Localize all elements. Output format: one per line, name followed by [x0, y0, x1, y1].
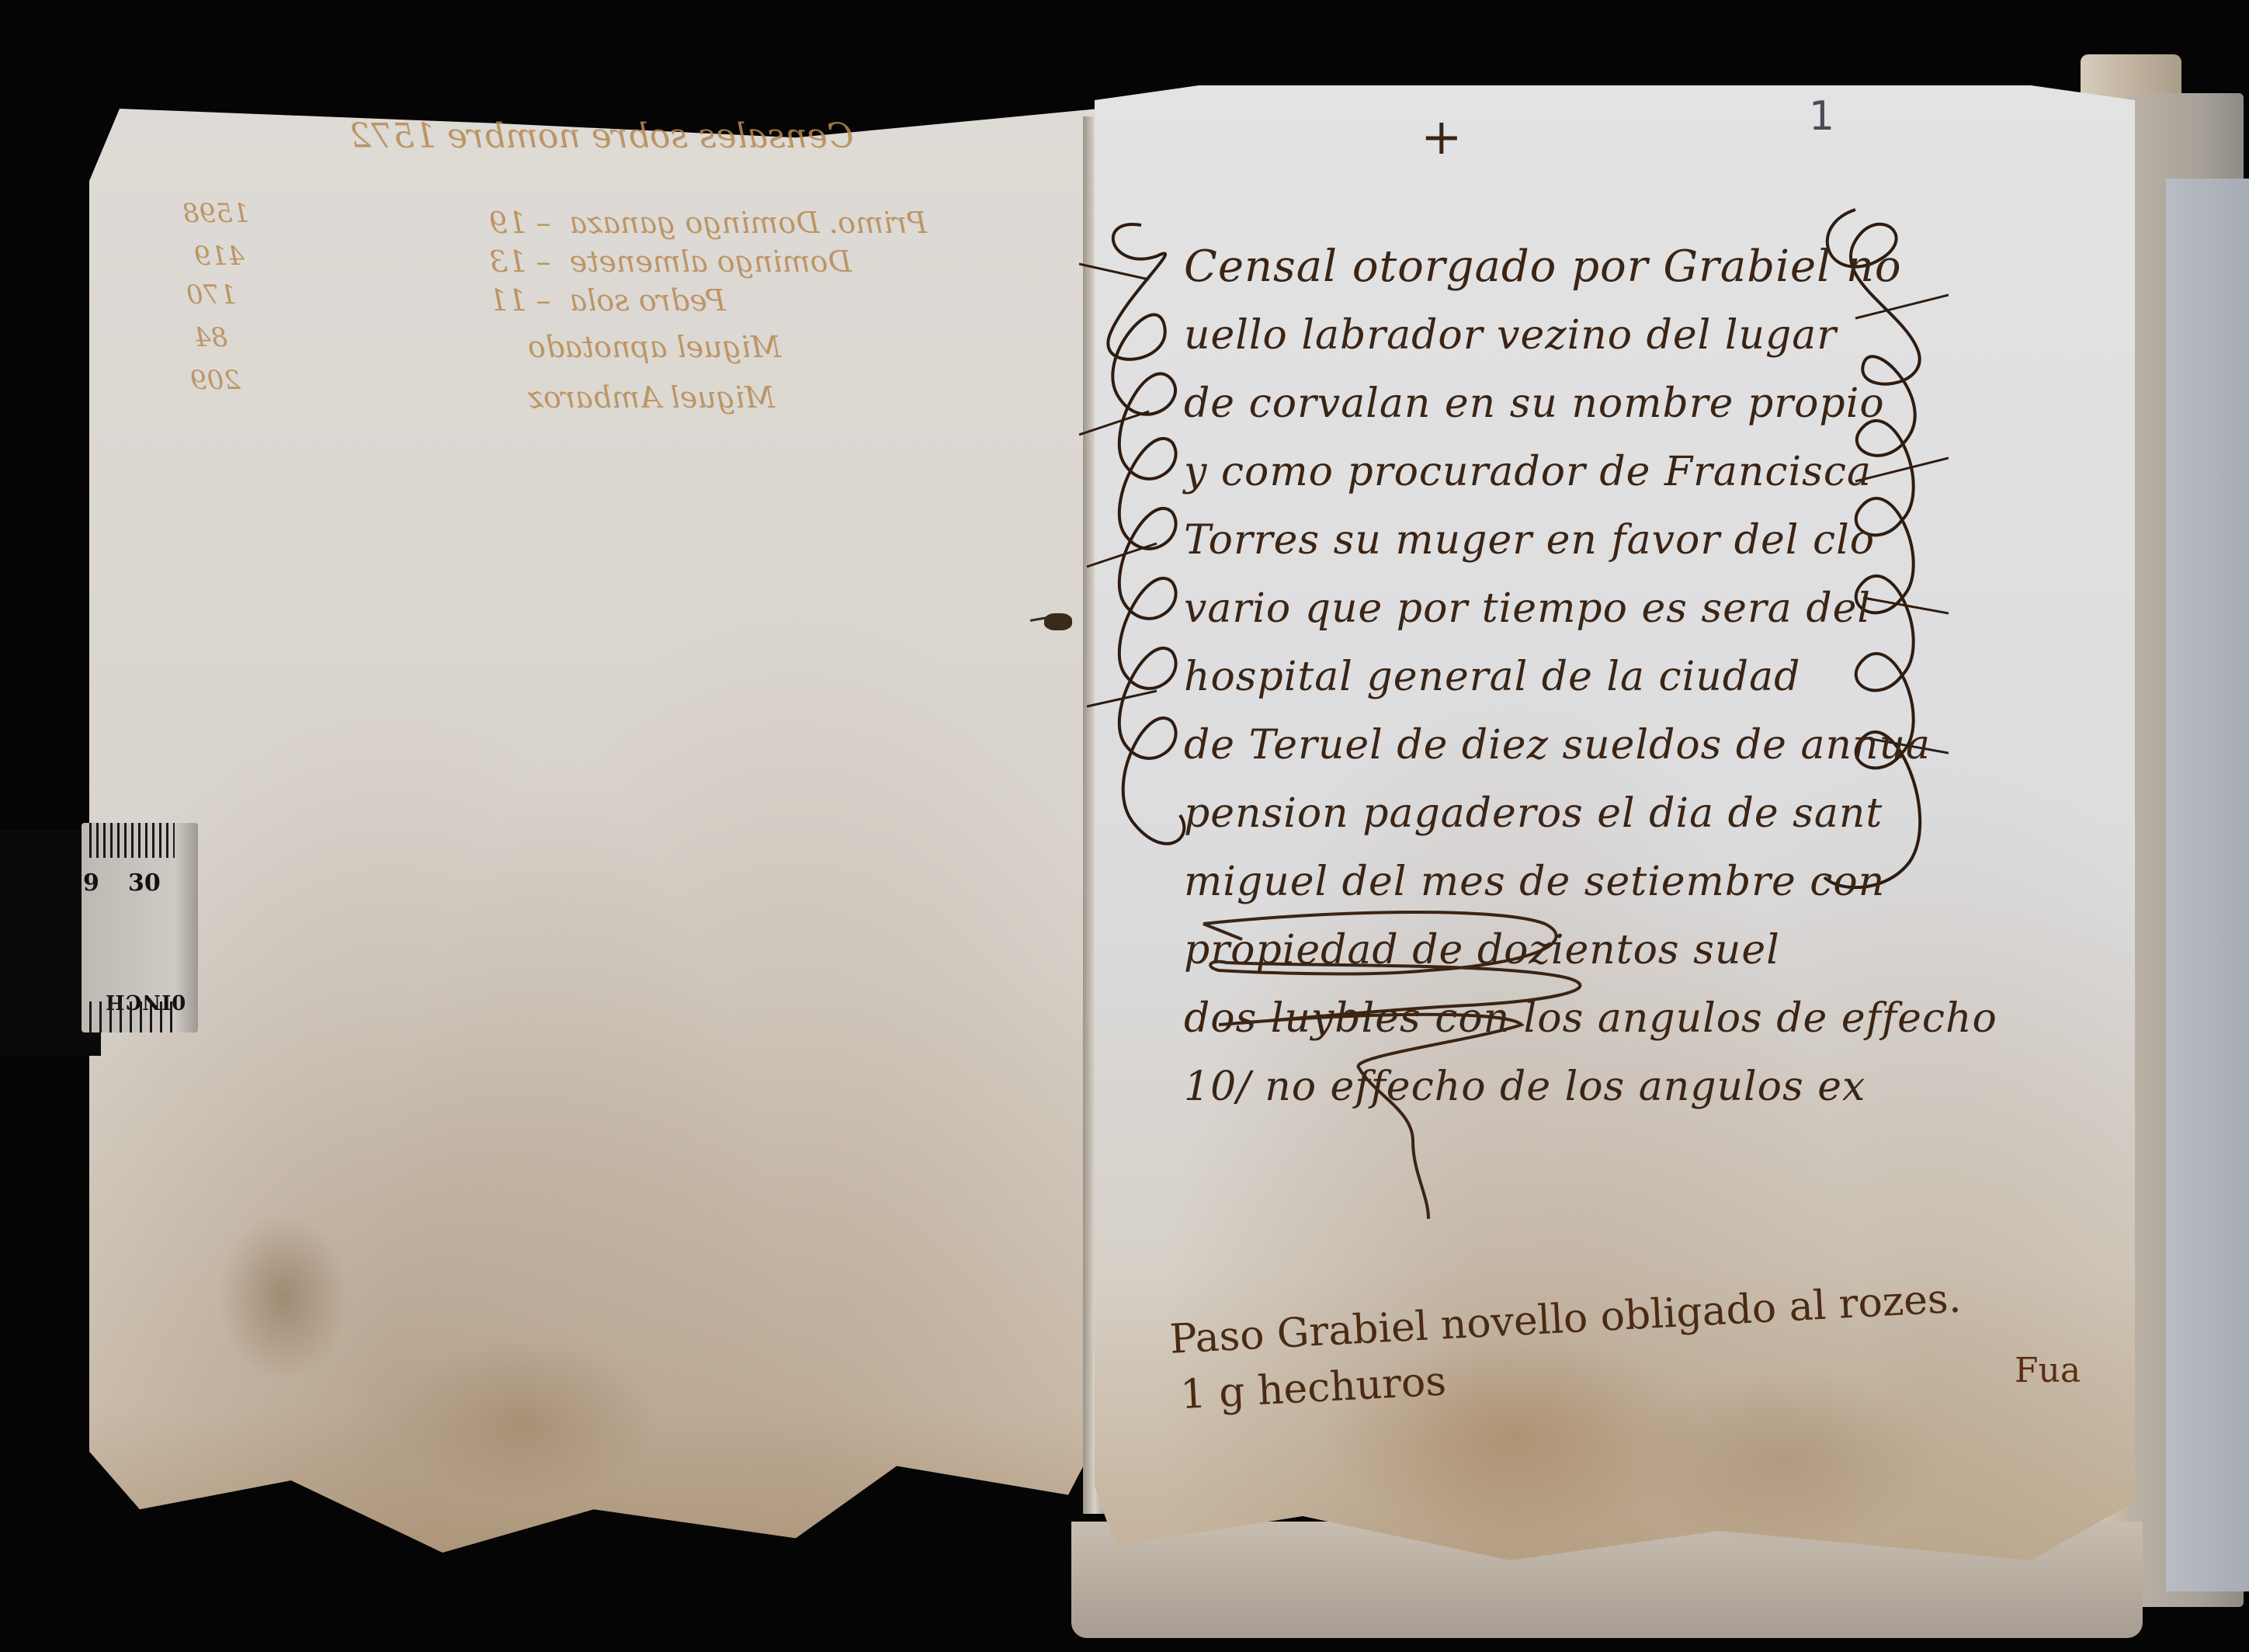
ruler-number: 30	[128, 869, 161, 897]
ruler-number: 9	[83, 869, 99, 897]
body-line: hospital general de la ciudad	[1184, 643, 1820, 711]
mirrored-row: Primo. Domingo ganaza – 19	[489, 206, 927, 240]
closing-flourish	[1196, 908, 1599, 1234]
book-board-edge	[2166, 179, 2249, 1591]
body-line: Torres su muger en favor del clo	[1184, 506, 1820, 574]
mirrored-offset-header: Censales sobre nombre 1572	[349, 116, 854, 156]
mirrored-number: 170	[186, 279, 237, 311]
row-value: 19	[489, 206, 526, 240]
row-label: Miguel Ambaroz	[528, 380, 775, 415]
mirrored-row: Miguel Ambaroz	[528, 380, 775, 415]
body-line: de Teruel de diez sueldos de annua	[1184, 711, 1820, 779]
row-label: Miguel apnotado	[528, 330, 781, 364]
body-line: de corvalan en su nombre propio	[1184, 370, 1820, 438]
margin-note: Fua	[2015, 1351, 2081, 1390]
body-line: vario que por tiempo es sera del	[1184, 574, 1820, 643]
mirrored-number: 419	[194, 241, 245, 272]
row-label: Pedro sola	[570, 283, 726, 318]
mirrored-row: Miguel apnotado	[528, 330, 781, 364]
body-line: uello labrador vezino del lugar	[1184, 301, 1820, 370]
row-value: 13	[489, 245, 526, 279]
water-stain	[217, 1211, 349, 1382]
body-line: y como procurador de Francisca	[1184, 438, 1820, 506]
row-value: 11	[489, 283, 526, 318]
insect-debris	[1044, 613, 1072, 630]
water-stain	[388, 1335, 660, 1506]
ruler-ticks	[89, 823, 175, 858]
body-line: Censal otorgado por Grabiel no	[1184, 233, 1820, 301]
mirrored-row: Pedro sola – 11	[489, 283, 726, 318]
row-label: Primo. Domingo ganaza	[570, 206, 927, 240]
row-label: Domingo almenete	[570, 245, 852, 279]
body-line: miguel del mes de setiembre con	[1184, 848, 1820, 916]
mirrored-number: 84	[194, 322, 227, 353]
body-line: pension pagaderos el dia de sant	[1184, 779, 1820, 848]
cross-mark: +	[1421, 109, 1463, 166]
ruler-ticks	[89, 1001, 175, 1032]
scale-ruler: 9 30 0INCH	[82, 823, 198, 1032]
folio-number: 1	[1809, 93, 1834, 140]
mirrored-number: 209	[190, 365, 241, 396]
mirrored-number: 1598	[182, 198, 250, 229]
mirrored-row: Domingo almenete – 13	[489, 245, 852, 279]
